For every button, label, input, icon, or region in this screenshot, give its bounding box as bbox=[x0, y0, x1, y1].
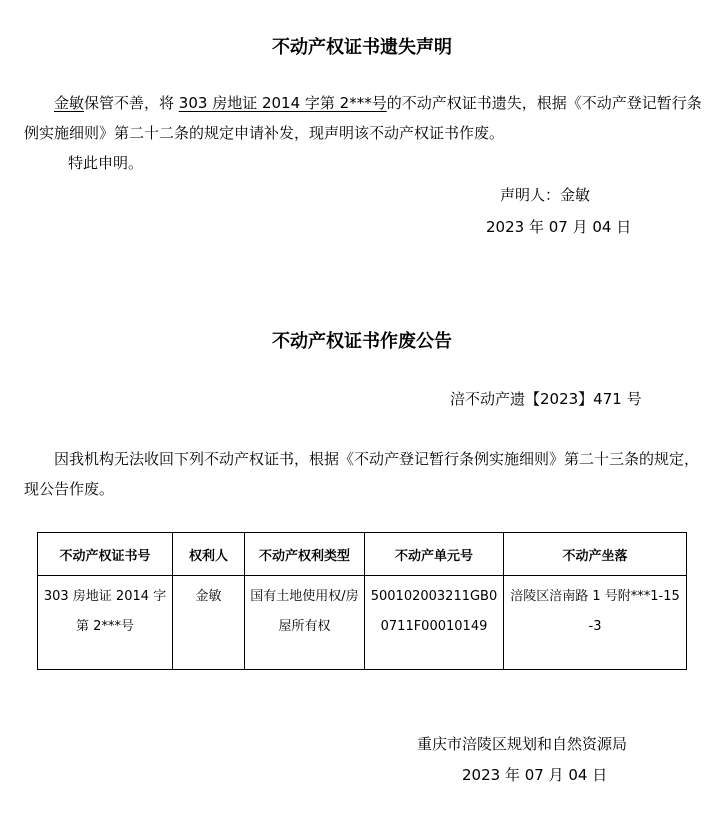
declaration-date: 2023 年 07 月 04 日 bbox=[486, 216, 631, 237]
declarant-line: 声明人：金敏 bbox=[500, 184, 590, 205]
header-right-type: 不动产权利类型 bbox=[245, 533, 365, 576]
cell-location: 涪陵区涪南路 1 号附***1-15-3 bbox=[504, 576, 687, 670]
declarant-name-underlined: 金敏 bbox=[54, 94, 84, 112]
cell-right-type: 国有土地使用权/房屋所有权 bbox=[245, 576, 365, 670]
declaration-title: 不动产权证书遗失声明 bbox=[0, 33, 724, 59]
certificate-table: 不动产权证书号 权利人 不动产权利类型 不动产单元号 不动产坐落 303 房地证… bbox=[37, 532, 687, 670]
declarant-label: 声明人： bbox=[500, 186, 560, 204]
declaration-closing: 特此申明。 bbox=[68, 152, 143, 173]
document-number: 涪不动产遗【2023】471 号 bbox=[450, 388, 642, 409]
certificate-number-underlined: 303 房地证 2014 字第 2***号 bbox=[179, 94, 387, 112]
header-location: 不动产坐落 bbox=[504, 533, 687, 576]
announcement-date: 2023 年 07 月 04 日 bbox=[462, 764, 607, 785]
header-right-holder: 权利人 bbox=[173, 533, 245, 576]
declaration-text-1: 保管不善，将 bbox=[84, 94, 179, 112]
announcement-title: 不动产权证书作废公告 bbox=[0, 327, 724, 353]
table-header-row: 不动产权证书号 权利人 不动产权利类型 不动产单元号 不动产坐落 bbox=[38, 533, 687, 576]
declarant-name: 金敏 bbox=[560, 186, 590, 204]
cell-right-holder: 金敏 bbox=[173, 576, 245, 670]
cell-certificate-number: 303 房地证 2014 字第 2***号 bbox=[38, 576, 173, 670]
header-certificate-number: 不动产权证书号 bbox=[38, 533, 173, 576]
declaration-body: 金敏保管不善，将 303 房地证 2014 字第 2***号的不动产权证书遗失，… bbox=[24, 88, 704, 148]
table-row: 303 房地证 2014 字第 2***号 金敏 国有土地使用权/房屋所有权 5… bbox=[38, 576, 687, 670]
header-unit-number: 不动产单元号 bbox=[365, 533, 504, 576]
announcement-body: 因我机构无法收回下列不动产权证书，根据《不动产登记暂行条例实施细则》第二十三条的… bbox=[24, 444, 704, 504]
cell-unit-number: 500102003211GB00711F00010149 bbox=[365, 576, 504, 670]
issuer-name: 重庆市涪陵区规划和自然资源局 bbox=[417, 733, 627, 754]
